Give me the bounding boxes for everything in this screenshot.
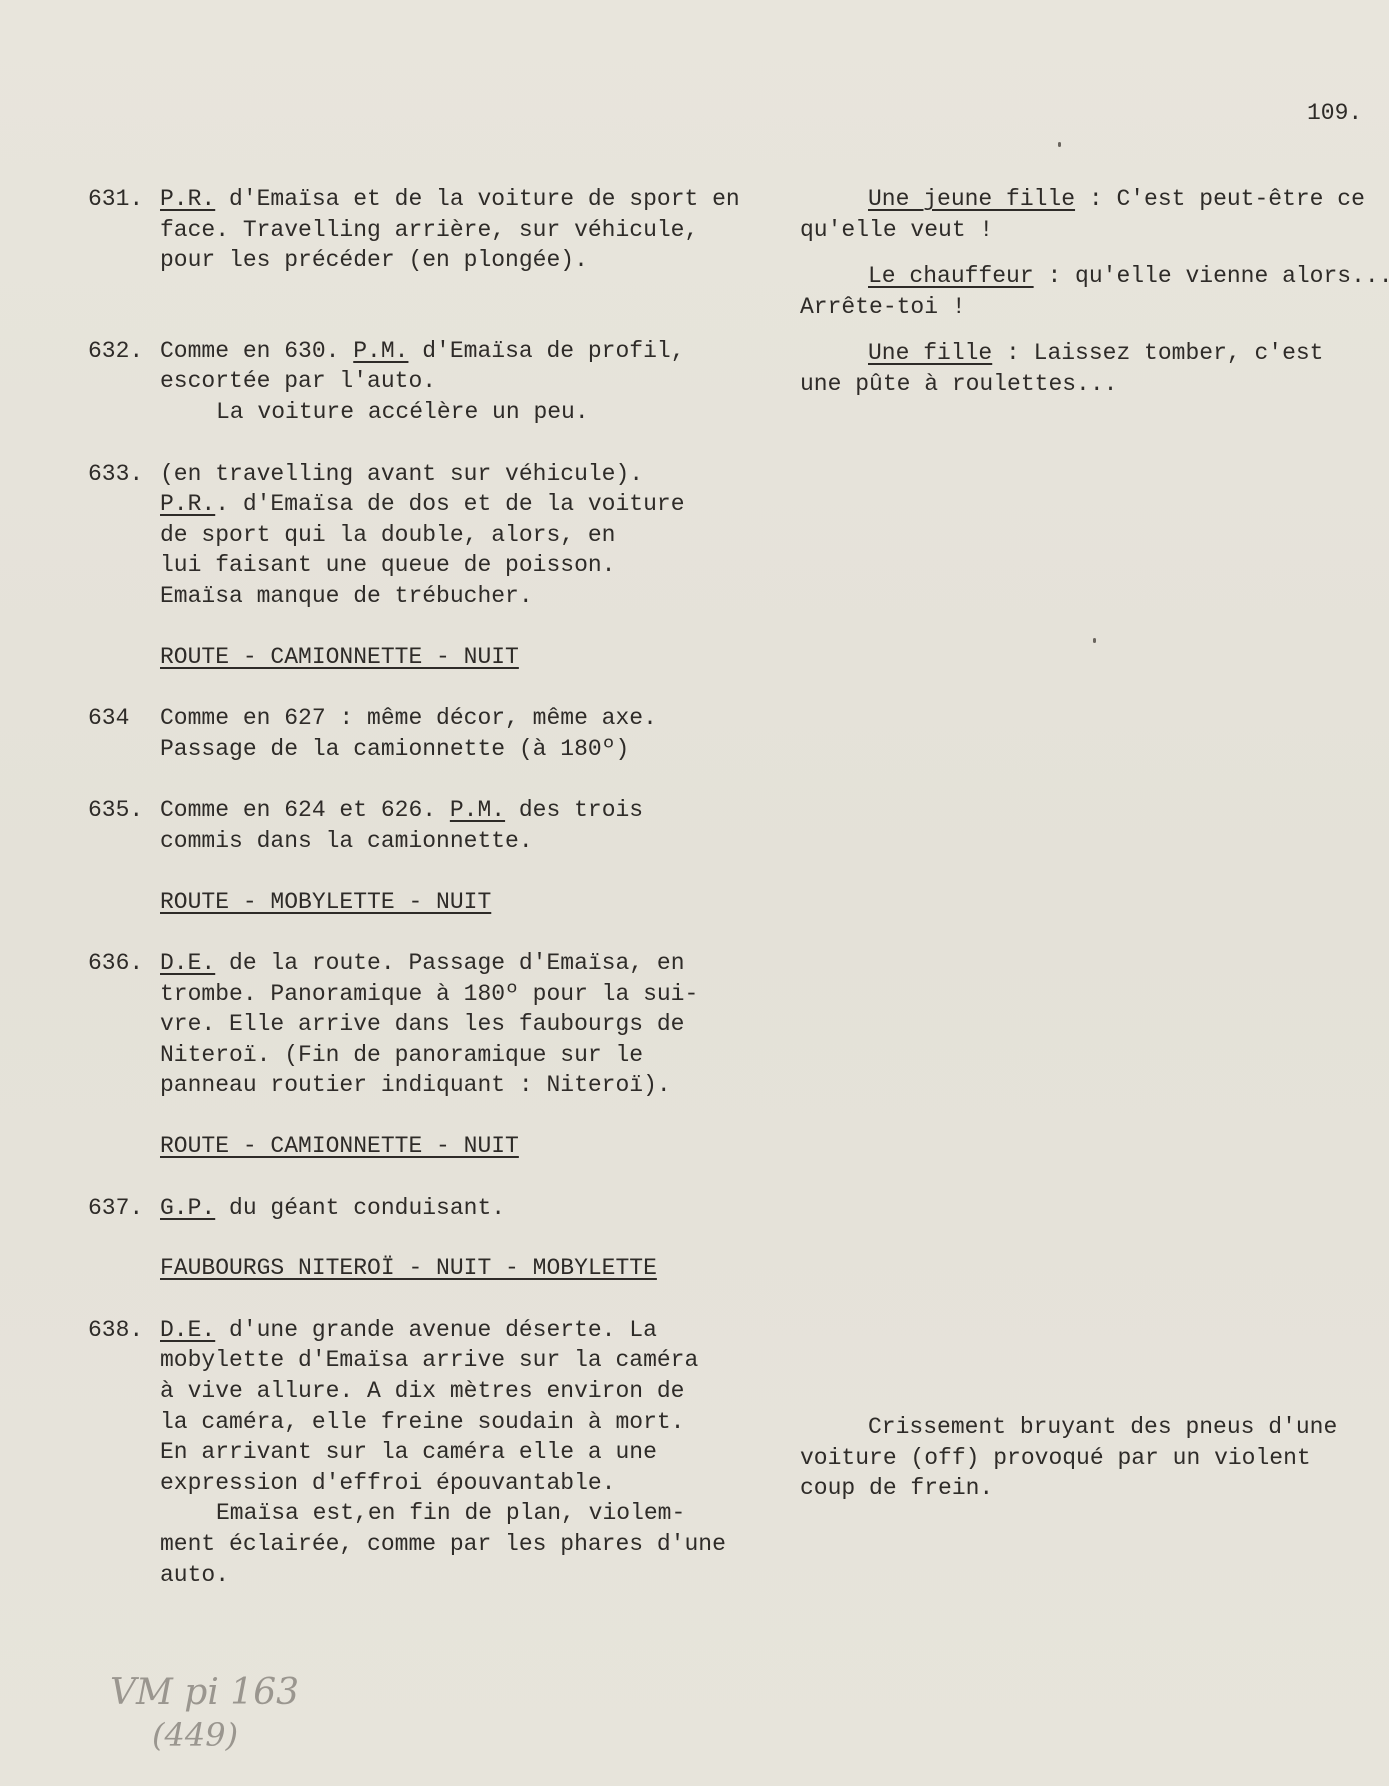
shot-text: à vive allure. A dix mètres environ de [160, 1376, 728, 1407]
shot-text: pour les précéder (en plongée). [160, 245, 728, 276]
sound-text: voiture (off) provoqué par un violent [800, 1443, 1389, 1474]
shot-638: 638. D.E. d'une grande avenue déserte. L… [88, 1315, 728, 1590]
dialogue-2: Le chauffeur : qu'elle vienne alors... A… [800, 261, 1389, 322]
shot-634: 634 Comme en 627 : même décor, même axe.… [88, 703, 728, 764]
shot-text: lui faisant une queue de poisson. [160, 550, 728, 581]
sound-note: Crissement bruyant des pneus d'une voitu… [800, 1412, 1389, 1504]
shot-text: du géant conduisant. [215, 1195, 505, 1221]
shot-number: 633. [88, 459, 143, 490]
shot-text: d'Emaïsa et de la voiture de sport en [215, 186, 740, 212]
speaker-name: Le chauffeur [868, 263, 1034, 289]
shot-text: face. Travelling arrière, sur véhicule, [160, 215, 728, 246]
shot-631: 631. P.R. d'Emaïsa et de la voiture de s… [88, 184, 728, 276]
sound-text: Crissement bruyant des pneus d'une [800, 1412, 1389, 1443]
shot-type-abbr: P.M. [353, 338, 408, 364]
shot-number: 632. [88, 336, 143, 367]
archive-reference: VM pi 163 [110, 1672, 299, 1714]
shot-text: trombe. Panoramique à 180º pour la sui- [160, 979, 728, 1010]
shot-type-abbr: D.E. [160, 1317, 215, 1343]
shot-type-abbr: D.E. [160, 950, 215, 976]
shot-text: . d'Emaïsa de dos et de la voiture [215, 491, 684, 517]
dialogue-3: Une fille : Laissez tomber, c'est une pû… [800, 338, 1389, 399]
shot-text: d'Emaïsa de profil, [408, 338, 684, 364]
shot-text: Niteroï. (Fin de panoramique sur le [160, 1040, 728, 1071]
dialogue-text: qu'elle veut ! [800, 215, 1389, 246]
scene-heading: ROUTE - CAMIONNETTE - NUIT [160, 1133, 519, 1159]
sound-text: coup de frein. [800, 1473, 1389, 1504]
shot-type-abbr: G.P. [160, 1195, 215, 1221]
shot-text: Comme en 624 et 626. [160, 797, 450, 823]
shot-text: auto. [160, 1560, 728, 1591]
shot-text: Emaïsa est,en fin de plan, violem- [160, 1498, 728, 1529]
handwritten-archive-note: VM pi 163 (449) [110, 1672, 299, 1756]
scene-heading: ROUTE - MOBYLETTE - NUIT [160, 889, 491, 915]
dialogue-text: : Laissez tomber, c'est [992, 340, 1323, 366]
shot-number: 637. [88, 1193, 143, 1224]
shot-text: de la route. Passage d'Emaïsa, en [215, 950, 684, 976]
shot-text: Comme en 627 : même décor, même axe. [160, 703, 728, 734]
ink-speck [1058, 142, 1061, 147]
shot-text: mobylette d'Emaïsa arrive sur la caméra [160, 1345, 728, 1376]
speaker-name: Une jeune fille [868, 186, 1075, 212]
shot-text: des trois [505, 797, 643, 823]
scene-heading: ROUTE - CAMIONNETTE - NUIT [160, 644, 519, 670]
shot-text: Passage de la camionnette (à 180º) [160, 734, 728, 765]
shot-632: 632. Comme en 630. P.M. d'Emaïsa de prof… [88, 336, 728, 428]
scene-heading: FAUBOURGS NITEROÏ - NUIT - MOBYLETTE [160, 1255, 657, 1281]
shot-637: 637. G.P. du géant conduisant. [88, 1193, 728, 1224]
shot-number: 638. [88, 1315, 143, 1346]
shot-text: Comme en 630. [160, 338, 353, 364]
shot-type-abbr: P.R. [160, 186, 215, 212]
archive-number: (449) [110, 1714, 299, 1756]
shot-text: escortée par l'auto. [160, 366, 728, 397]
shot-text: commis dans la camionnette. [160, 826, 728, 857]
dialogue-1: Une jeune fille : C'est peut-être ce qu'… [800, 184, 1389, 245]
page-number: 109. [1307, 100, 1362, 126]
shot-text: la caméra, elle freine soudain à mort. [160, 1407, 728, 1438]
shot-text: En arrivant sur la caméra elle a une [160, 1437, 728, 1468]
shot-number: 636. [88, 948, 143, 979]
shot-type-abbr: P.R. [160, 491, 215, 517]
shot-number: 635. [88, 795, 143, 826]
shot-633: 633. (en travelling avant sur véhicule).… [88, 459, 728, 612]
shot-type-abbr: P.M. [450, 797, 505, 823]
typescript-page: 109. 631. P.R. d'Emaïsa et de la voiture… [0, 0, 1389, 1786]
speaker-name: Une fille [868, 340, 992, 366]
ink-speck [1093, 638, 1096, 643]
shot-text: de sport qui la double, alors, en [160, 520, 728, 551]
dialogue-text: Arrête-toi ! [800, 292, 1389, 323]
dialogue-text: : qu'elle vienne alors... [1034, 263, 1389, 289]
dialogue-column: Une jeune fille : C'est peut-être ce qu'… [800, 184, 1389, 400]
shot-text: vre. Elle arrive dans les faubourgs de [160, 1009, 728, 1040]
shot-636: 636. D.E. de la route. Passage d'Emaïsa,… [88, 948, 728, 1101]
dialogue-text: : C'est peut-être ce [1075, 186, 1365, 212]
shot-number: 631. [88, 184, 143, 215]
shot-text: Emaïsa manque de trébucher. [160, 581, 728, 612]
shot-descriptions-column: 631. P.R. d'Emaïsa et de la voiture de s… [88, 184, 728, 1590]
shot-text: (en travelling avant sur véhicule). [160, 459, 728, 490]
dialogue-text: une pûte à roulettes... [800, 369, 1389, 400]
shot-text: La voiture accélère un peu. [160, 397, 728, 428]
shot-number: 634 [88, 703, 129, 734]
shot-text: panneau routier indiquant : Niteroï). [160, 1070, 728, 1101]
shot-text: ment éclairée, comme par les phares d'un… [160, 1529, 728, 1560]
shot-635: 635. Comme en 624 et 626. P.M. des trois… [88, 795, 728, 856]
shot-text: expression d'effroi épouvantable. [160, 1468, 728, 1499]
shot-text: d'une grande avenue déserte. La [215, 1317, 657, 1343]
